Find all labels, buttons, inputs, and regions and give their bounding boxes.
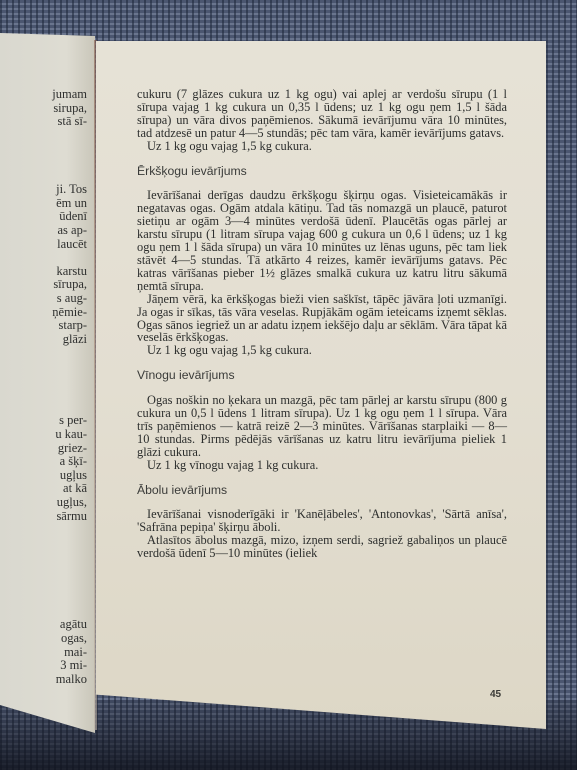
left-page-line-fragment: mai- xyxy=(64,646,87,660)
left-page-line-fragment: ugļus, xyxy=(57,496,87,510)
left-page-line-fragment: glāzi xyxy=(63,333,87,347)
left-page-line-fragment: laucēt xyxy=(57,238,87,252)
left-page-line-fragment: ūdenī xyxy=(59,210,87,224)
left-page-line-fragment: ņēmie- xyxy=(52,306,87,320)
gooseberry-sugar-note: Uz 1 kg ogu vajag 1,5 kg cukura. xyxy=(137,344,507,357)
left-page-line-fragment: sārmu xyxy=(56,510,87,524)
left-page-line-fragment: at kā xyxy=(63,482,87,496)
section-heading-grape: Vīnogu ievārījums xyxy=(137,369,507,382)
intro-sugar-note: Uz 1 kg ogu vajag 1,5 kg cukura. xyxy=(137,140,507,153)
right-page-text: cukuru (7 glāzes cukura uz 1 kg ogu) vai… xyxy=(137,88,507,560)
left-page-line-fragment: agātu xyxy=(60,618,87,632)
apple-paragraph-2: Atlasītos ābolus mazgā, mizo, izņem serd… xyxy=(137,534,507,560)
section-heading-apple: Ābolu ievārījums xyxy=(137,484,507,497)
left-page-line-fragment: s aug- xyxy=(57,292,87,306)
intro-paragraph: cukuru (7 glāzes cukura uz 1 kg ogu) vai… xyxy=(137,88,507,140)
left-page-line-fragment: u kau- xyxy=(55,428,87,442)
page-number: 45 xyxy=(490,689,501,700)
gooseberry-paragraph-2: Jāņem vērā, ka ērkšķogas bieži vien sašk… xyxy=(137,293,507,345)
left-page-line-fragment: 3 mi- xyxy=(60,659,87,673)
left-page-line-fragment: starp- xyxy=(59,319,87,333)
grape-sugar-note: Uz 1 kg vīnogu vajag 1 kg cukura. xyxy=(137,459,507,472)
apple-paragraph-1: Ievārīšanai visnoderīgāki ir 'Kanēļābele… xyxy=(137,508,507,534)
left-page-line-fragment: s per- xyxy=(59,414,87,428)
left-page-line-fragment: a šķī- xyxy=(60,455,87,469)
left-page-line-fragment: griez- xyxy=(58,442,87,456)
left-page-line-fragment: ogas, xyxy=(61,632,87,646)
left-page-line-fragment: ēm un xyxy=(56,197,87,211)
section-heading-gooseberry: Ērkšķogu ievārījums xyxy=(137,165,507,178)
left-page-line-fragment: ugļus xyxy=(60,469,87,483)
grape-paragraph-1: Ogas noškin no ķekara un mazgā, pēc tam … xyxy=(137,394,507,459)
left-page-line-fragment: sirupa, xyxy=(53,102,87,116)
left-page-line-fragment: as ap- xyxy=(58,224,88,238)
left-page-line-fragment: stā sī- xyxy=(57,115,87,129)
left-page-line-fragment: karstu xyxy=(56,265,87,279)
gooseberry-paragraph-1: Ievārīšanai derīgas daudzu ērkšķogu šķir… xyxy=(137,189,507,292)
left-page: jumamsirupa,stā sī-ji. Tosēm unūdenīas a… xyxy=(0,33,95,733)
left-page-line-fragment: jumam xyxy=(52,88,87,102)
left-page-line-fragment: ji. Tos xyxy=(56,183,87,197)
left-page-line-fragment: sīrupa, xyxy=(53,278,87,292)
left-page-line-fragment: malko xyxy=(56,673,87,687)
